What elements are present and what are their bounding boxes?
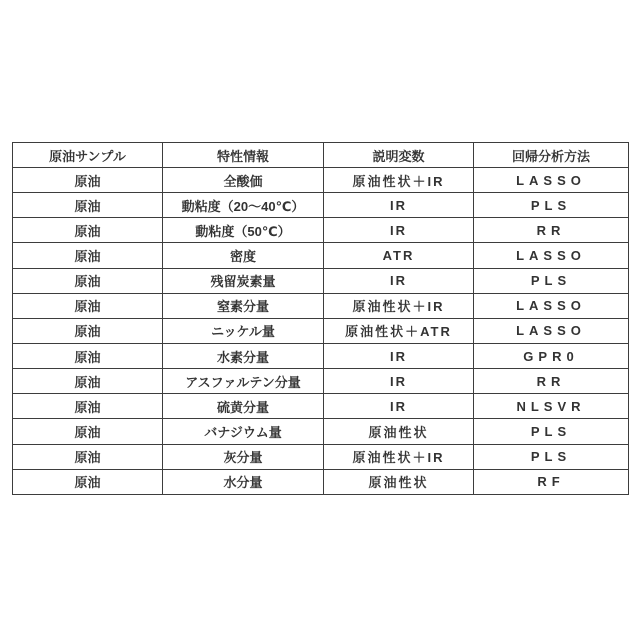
cell-method: NLSVR [474,394,629,419]
cell-variables: IR [324,369,474,394]
table-row: 原油 残留炭素量 IR PLS [13,268,629,293]
analysis-table-container: 原油サンプル 特性情報 説明変数 回帰分析方法 原油 全酸価 原油性状＋IR L… [12,142,629,495]
table-row: 原油 窒素分量 原油性状＋IR LASSO [13,293,629,318]
table-row: 原油 アスファルテン分量 IR RR [13,369,629,394]
cell-property: バナジウム量 [163,419,324,444]
table-row: 原油 ニッケル量 原油性状＋ATR LASSO [13,318,629,343]
cell-variables: 原油性状 [324,469,474,494]
cell-property: 動粘度（50℃） [163,218,324,243]
table-row: 原油 動粘度（50℃） IR RR [13,218,629,243]
regression-analysis-table: 原油サンプル 特性情報 説明変数 回帰分析方法 原油 全酸価 原油性状＋IR L… [12,142,629,495]
table-header-row: 原油サンプル 特性情報 説明変数 回帰分析方法 [13,143,629,168]
col-header-sample: 原油サンプル [13,143,163,168]
cell-property: 水分量 [163,469,324,494]
cell-variables: 原油性状 [324,419,474,444]
cell-variables: IR [324,218,474,243]
table-row: 原油 動粘度（20～40℃） IR PLS [13,193,629,218]
table-row: 原油 密度 ATR LASSO [13,243,629,268]
cell-property: アスファルテン分量 [163,369,324,394]
col-header-method: 回帰分析方法 [474,143,629,168]
cell-sample: 原油 [13,343,163,368]
cell-variables: 原油性状＋IR [324,293,474,318]
cell-sample: 原油 [13,168,163,193]
cell-sample: 原油 [13,193,163,218]
cell-variables: ATR [324,243,474,268]
table-row: 原油 全酸価 原油性状＋IR LASSO [13,168,629,193]
cell-sample: 原油 [13,469,163,494]
cell-property: 全酸価 [163,168,324,193]
cell-property: 残留炭素量 [163,268,324,293]
col-header-property: 特性情報 [163,143,324,168]
cell-method: PLS [474,444,629,469]
cell-property: ニッケル量 [163,318,324,343]
cell-variables: 原油性状＋ATR [324,318,474,343]
cell-sample: 原油 [13,444,163,469]
cell-variables: 原油性状＋IR [324,168,474,193]
cell-method: PLS [474,268,629,293]
cell-property: 動粘度（20～40℃） [163,193,324,218]
cell-method: LASSO [474,318,629,343]
cell-variables: IR [324,343,474,368]
cell-sample: 原油 [13,394,163,419]
cell-method: PLS [474,193,629,218]
col-header-variables: 説明変数 [324,143,474,168]
cell-property: 硫黄分量 [163,394,324,419]
cell-method: LASSO [474,293,629,318]
cell-sample: 原油 [13,243,163,268]
cell-sample: 原油 [13,293,163,318]
cell-variables: IR [324,394,474,419]
cell-sample: 原油 [13,369,163,394]
cell-method: LASSO [474,243,629,268]
cell-method: GPR0 [474,343,629,368]
cell-property: 密度 [163,243,324,268]
cell-property: 灰分量 [163,444,324,469]
cell-method: RR [474,369,629,394]
table-row: 原油 灰分量 原油性状＋IR PLS [13,444,629,469]
cell-sample: 原油 [13,218,163,243]
cell-sample: 原油 [13,268,163,293]
cell-property: 窒素分量 [163,293,324,318]
cell-method: RF [474,469,629,494]
cell-method: LASSO [474,168,629,193]
table-row: 原油 硫黄分量 IR NLSVR [13,394,629,419]
cell-property: 水素分量 [163,343,324,368]
table-row: 原油 バナジウム量 原油性状 PLS [13,419,629,444]
cell-variables: IR [324,268,474,293]
cell-method: PLS [474,419,629,444]
cell-method: RR [474,218,629,243]
table-row: 原油 水素分量 IR GPR0 [13,343,629,368]
cell-variables: IR [324,193,474,218]
cell-variables: 原油性状＋IR [324,444,474,469]
cell-sample: 原油 [13,419,163,444]
cell-sample: 原油 [13,318,163,343]
table-row: 原油 水分量 原油性状 RF [13,469,629,494]
